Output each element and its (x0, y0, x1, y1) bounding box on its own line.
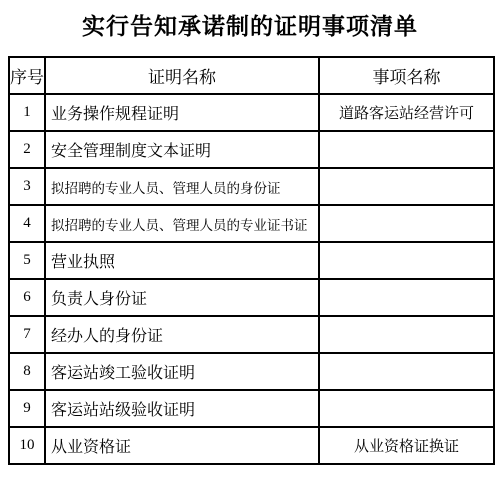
header-item-name: 事项名称 (319, 57, 494, 94)
certificate-name-cell: 客运站竣工验收证明 (45, 353, 319, 390)
item-name-cell (319, 131, 494, 168)
item-name-cell (319, 205, 494, 242)
certificate-name-cell: 拟招聘的专业人员、管理人员的身份证 (45, 168, 319, 205)
table-row: 1 业务操作规程证明 道路客运站经营许可 (9, 94, 494, 131)
table-row: 9 客运站站级验收证明 (9, 390, 494, 427)
table-row: 2 安全管理制度文本证明 (9, 131, 494, 168)
certificate-name-cell: 从业资格证 (45, 427, 319, 464)
row-number-cell: 6 (9, 279, 45, 316)
item-name-cell (319, 242, 494, 279)
certificate-name-cell: 安全管理制度文本证明 (45, 131, 319, 168)
item-name-cell (319, 279, 494, 316)
item-name-cell (319, 353, 494, 390)
item-name-cell: 从业资格证换证 (319, 427, 494, 464)
table-row: 6 负责人身份证 (9, 279, 494, 316)
certificate-name-cell: 客运站站级验收证明 (45, 390, 319, 427)
item-name-cell (319, 168, 494, 205)
table-row: 8 客运站竣工验收证明 (9, 353, 494, 390)
certificate-name-cell: 负责人身份证 (45, 279, 319, 316)
row-number-cell: 8 (9, 353, 45, 390)
row-number-cell: 5 (9, 242, 45, 279)
row-number-cell: 2 (9, 131, 45, 168)
page-title: 实行告知承诺制的证明事项清单 (0, 12, 500, 40)
item-name-cell: 道路客运站经营许可 (319, 94, 494, 131)
item-name-cell (319, 316, 494, 353)
table-row: 7 经办人的身份证 (9, 316, 494, 353)
row-number-cell: 7 (9, 316, 45, 353)
certificate-name-cell: 经办人的身份证 (45, 316, 319, 353)
header-certificate-name: 证明名称 (45, 57, 319, 94)
row-number-cell: 10 (9, 427, 45, 464)
certificate-name-cell: 拟招聘的专业人员、管理人员的专业证书证 (45, 205, 319, 242)
row-number-cell: 3 (9, 168, 45, 205)
table-row: 10 从业资格证 从业资格证换证 (9, 427, 494, 464)
document-page: 实行告知承诺制的证明事项清单 序号 证明名称 事项名称 1 业务操作规程证明 道… (0, 0, 500, 486)
row-number-cell: 4 (9, 205, 45, 242)
row-number-cell: 1 (9, 94, 45, 131)
certificate-items-table: 序号 证明名称 事项名称 1 业务操作规程证明 道路客运站经营许可 2 安全管理… (8, 56, 495, 465)
certificate-name-cell: 业务操作规程证明 (45, 94, 319, 131)
table-row: 3 拟招聘的专业人员、管理人员的身份证 (9, 168, 494, 205)
table-header-row: 序号 证明名称 事项名称 (9, 57, 494, 94)
item-name-cell (319, 390, 494, 427)
table-row: 5 营业执照 (9, 242, 494, 279)
row-number-cell: 9 (9, 390, 45, 427)
table-row: 4 拟招聘的专业人员、管理人员的专业证书证 (9, 205, 494, 242)
header-no: 序号 (9, 57, 45, 94)
certificate-name-cell: 营业执照 (45, 242, 319, 279)
